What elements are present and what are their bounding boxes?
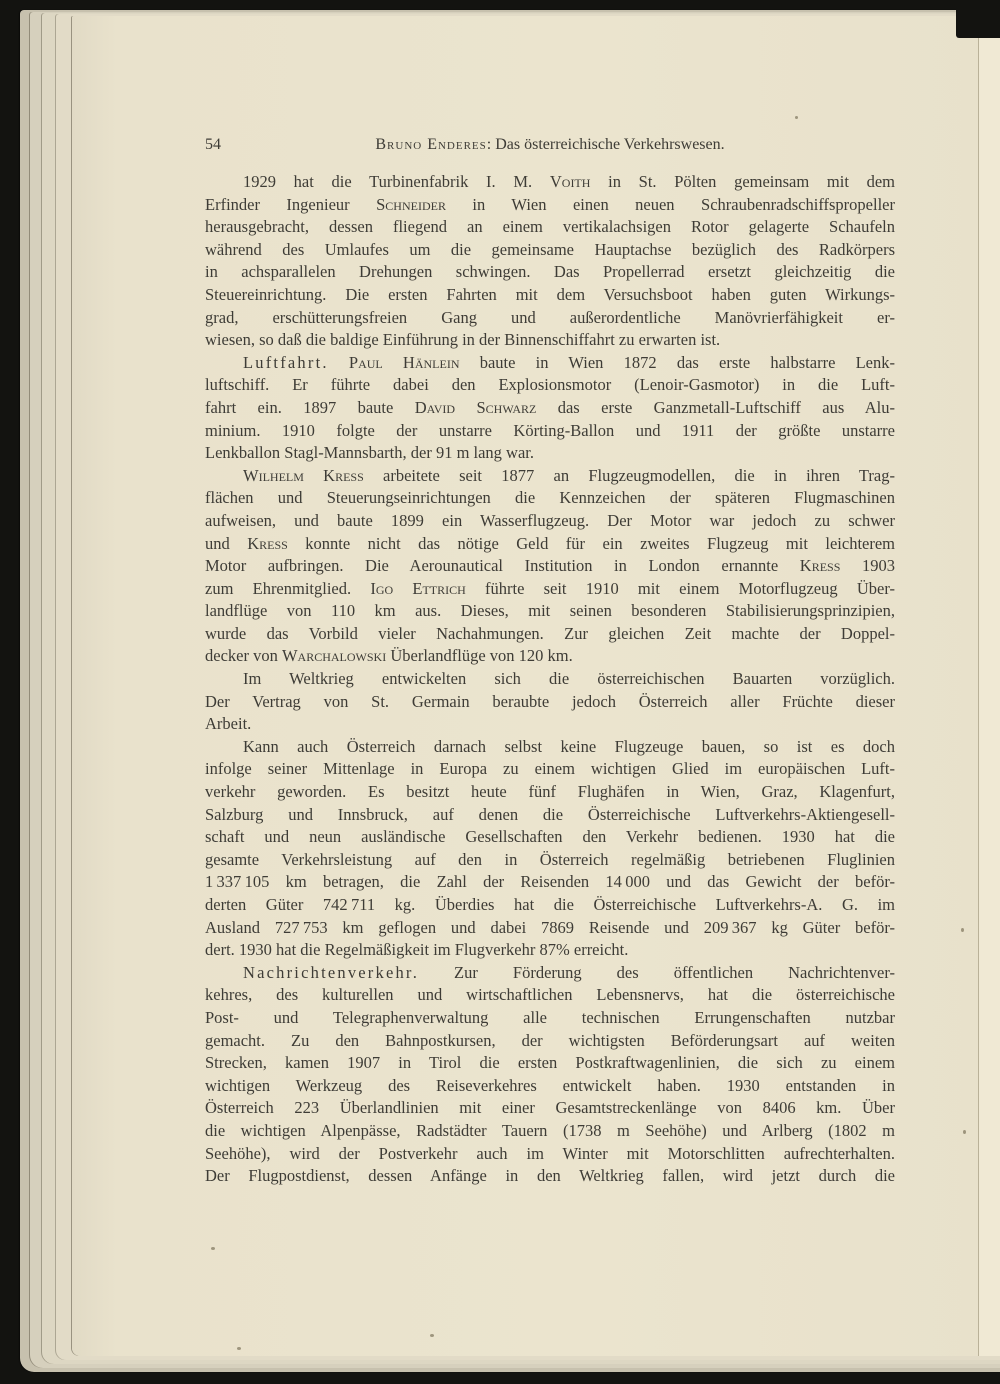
text-segment: baute in Wien 1872 das erste halbstarre … — [460, 353, 896, 372]
paragraph: Wilhelm Kress arbeitete seit 1877 an Flu… — [205, 465, 895, 668]
text-line: Im Weltkrieg entwickelten sich die öster… — [205, 668, 895, 691]
text-line: dert. 1930 hat die Regelmäßigkeit im Flu… — [205, 939, 895, 962]
text-line: gesamte Verkehrsleistung auf den in Öste… — [205, 849, 895, 872]
text-line: 1 337 105 km betragen, die Zahl der Reis… — [205, 871, 895, 894]
paragraph: Luftfahrt. Paul Hänlein baute in Wien 18… — [205, 352, 895, 465]
name-small-caps: Warchalowski — [282, 646, 386, 665]
text-segment: Kann auch Österreich darnach selbst kein… — [243, 737, 895, 756]
text-segment: wiesen, so daß die baldige Einführung in… — [205, 330, 720, 349]
text-line: wiesen, so daß die baldige Einführung in… — [205, 329, 895, 352]
text-line: schaft und neun ausländische Gesellschaf… — [205, 826, 895, 849]
text-segment: decker von — [205, 646, 282, 665]
text-line: Salzburg und Innsbruck, auf denen die Ös… — [205, 804, 895, 827]
running-header: Bruno Enderes: Das österreichische Verke… — [205, 136, 895, 154]
text-segment: wurde das Vorbild vieler Nachahmungen. Z… — [205, 624, 895, 643]
name-small-caps: Wilhelm Kress — [243, 466, 364, 485]
text-segment: Motor aufbringen. Die Aerounautical Inst… — [205, 556, 800, 575]
text-segment: kehres, des kulturellen und wirtschaftli… — [205, 985, 895, 1004]
name-small-caps: Kress — [800, 556, 841, 575]
binding-shadow — [956, 0, 1000, 38]
text-line: Post- und Telegraphenverwaltung alle tec… — [205, 1007, 895, 1030]
text-block: 1929 hat die Turbinenfabrik I. M. Voith … — [205, 171, 895, 1188]
text-segment: und — [205, 534, 247, 553]
text-segment: Der Vertrag von St. Germain beraubte jed… — [205, 692, 895, 711]
text-segment: : Das österreichische Verkehrswesen. — [487, 136, 725, 153]
text-line: Wilhelm Kress arbeitete seit 1877 an Flu… — [205, 465, 895, 488]
text-line: Nachrichtenverkehr. Zur Förderung des öf… — [205, 962, 895, 985]
text-line: minium. 1910 folgte der unstarre Körting… — [205, 420, 895, 443]
book-scan: 54 Bruno Enderes: Das österreichische Ve… — [0, 0, 1000, 1384]
text-line: landflüge von 110 km aus. Dieses, mit se… — [205, 600, 895, 623]
text-line: Kann auch Österreich darnach selbst kein… — [205, 736, 895, 759]
text-segment: Im Weltkrieg entwickelten sich die öster… — [243, 669, 895, 688]
text-segment: Überlandflüge von 120 km. — [386, 646, 573, 665]
text-line: Ausland 727 753 km geflogen und dabei 78… — [205, 917, 895, 940]
text-segment: infolge seiner Mittenlage in Europa zu e… — [205, 759, 895, 778]
text-segment: Salzburg und Innsbruck, auf denen die Ös… — [205, 805, 895, 824]
text-line: zum Ehrenmitglied. Igo Ettrich führte se… — [205, 578, 895, 601]
text-line: derten Güter 742 711 kg. Überdies hat di… — [205, 894, 895, 917]
text-line: Luftfahrt. Paul Hänlein baute in Wien 18… — [205, 352, 895, 375]
text-line: decker von Warchalowski Überlandflüge vo… — [205, 645, 895, 668]
spaced-heading: Nachrichtenverkehr. — [243, 963, 419, 982]
text-segment: flächen und Steuerungseinrichtungen die … — [205, 488, 895, 507]
text-line: flächen und Steuerungseinrichtungen die … — [205, 487, 895, 510]
text-line: verkehr geworden. Es besitzt heute fünf … — [205, 781, 895, 804]
text-segment: dert. 1930 hat die Regelmäßigkeit im Flu… — [205, 940, 628, 959]
text-segment: Lenkballon Stagl-Mannsbarth, der 91 m la… — [205, 443, 534, 462]
text-line: die wichtigen Alpenpässe, Radstädter Tau… — [205, 1120, 895, 1143]
text-segment: Arbeit. — [205, 714, 251, 733]
text-line: wichtigen Werkzeug des Reiseverkehres en… — [205, 1075, 895, 1098]
text-line: fahrt ein. 1897 baute David Schwarz das … — [205, 397, 895, 420]
text-line: Steuereinrichtung. Die ersten Fahrten mi… — [205, 284, 895, 307]
text-segment — [329, 353, 349, 372]
text-segment: Seehöhe), wird der Postverkehr auch im W… — [205, 1144, 895, 1163]
page-header: 54 Bruno Enderes: Das österreichische Ve… — [205, 136, 895, 158]
text-segment: Erfinder Ingenieur — [205, 195, 376, 214]
text-line: Seehöhe), wird der Postverkehr auch im W… — [205, 1143, 895, 1166]
text-line: gemacht. Zu den Bahnpostkursen, der wich… — [205, 1030, 895, 1053]
text-line: Lenkballon Stagl-Mannsbarth, der 91 m la… — [205, 442, 895, 465]
text-segment: in achsparallelen Drehungen schwingen. D… — [205, 262, 895, 281]
text-line: und Kress konnte nicht das nötige Geld f… — [205, 533, 895, 556]
paragraph: Nachrichtenverkehr. Zur Förderung des öf… — [205, 962, 895, 1188]
text-segment: gesamte Verkehrsleistung auf den in Öste… — [205, 850, 895, 869]
text-line: kehres, des kulturellen und wirtschaftli… — [205, 984, 895, 1007]
text-segment: grad, erschütterungsfreien Gang und auße… — [205, 308, 895, 327]
text-segment: Österreich 223 Überlandlinien mit einer … — [205, 1098, 895, 1117]
name-small-caps: Igo Ettrich — [370, 579, 465, 598]
text-line: in achsparallelen Drehungen schwingen. D… — [205, 261, 895, 284]
text-segment: fahrt ein. 1897 baute — [205, 398, 415, 417]
text-segment: 1 337 105 km betragen, die Zahl der Reis… — [205, 872, 895, 891]
text-segment: aufweisen, und baute 1899 ein Wasserflug… — [205, 511, 895, 530]
text-segment: in St. Pölten gemeinsam mit dem — [590, 172, 895, 191]
page-gutter — [978, 36, 1000, 1356]
text-line: Strecken, kamen 1907 in Tirol die ersten… — [205, 1052, 895, 1075]
name-small-caps: David Schwarz — [415, 398, 537, 417]
text-line: Österreich 223 Überlandlinien mit einer … — [205, 1097, 895, 1120]
text-segment: derten Güter 742 711 kg. Überdies hat di… — [205, 895, 895, 914]
text-line: Erfinder Ingenieur Schneider in Wien ein… — [205, 194, 895, 217]
text-segment: zum Ehrenmitglied. — [205, 579, 370, 598]
text-segment: konnte nicht das nötige Geld für ein zwe… — [288, 534, 895, 553]
text-segment: Steuereinrichtung. Die ersten Fahrten mi… — [205, 285, 895, 304]
text-segment: führte seit 1910 mit einem Motorflugzeug… — [466, 579, 895, 598]
text-segment: 1903 — [840, 556, 895, 575]
text-line: während des Umlaufes um die gemeinsame H… — [205, 239, 895, 262]
text-segment: luftschiff. Er führte dabei den Explosio… — [205, 375, 895, 394]
text-segment: Zur Förderung des öffentlichen Nachricht… — [419, 963, 895, 982]
text-segment: minium. 1910 folgte der unstarre Körting… — [205, 421, 895, 440]
text-segment: Der Flugpostdienst, dessen Anfänge in de… — [205, 1166, 895, 1185]
name-small-caps: Bruno Enderes — [375, 136, 486, 153]
text-line: 1929 hat die Turbinenfabrik I. M. Voith … — [205, 171, 895, 194]
text-line: herausgebracht, dessen fliegend an einem… — [205, 216, 895, 239]
spaced-heading: Luftfahrt. — [243, 353, 329, 372]
text-line: infolge seiner Mittenlage in Europa zu e… — [205, 758, 895, 781]
page-content: 54 Bruno Enderes: Das österreichische Ve… — [205, 136, 895, 1188]
text-segment: verkehr geworden. Es besitzt heute fünf … — [205, 782, 895, 801]
text-line: Motor aufbringen. Die Aerounautical Inst… — [205, 555, 895, 578]
text-segment: das erste Ganzmetall-Luftschiff aus Alu- — [536, 398, 895, 417]
text-segment: arbeitete seit 1877 an Flugzeugmodellen,… — [364, 466, 895, 485]
paragraph: Im Weltkrieg entwickelten sich die öster… — [205, 668, 895, 736]
name-small-caps: Kress — [247, 534, 288, 553]
text-segment: 1929 hat die Turbinenfabrik I. M. — [243, 172, 550, 191]
text-segment: gemacht. Zu den Bahnpostkursen, der wich… — [205, 1031, 895, 1050]
book-page: 54 Bruno Enderes: Das österreichische Ve… — [72, 16, 1000, 1356]
text-segment: während des Umlaufes um die gemeinsame H… — [205, 240, 895, 259]
text-segment: schaft und neun ausländische Gesellschaf… — [205, 827, 895, 846]
text-line: Arbeit. — [205, 713, 895, 736]
paragraph: Kann auch Österreich darnach selbst kein… — [205, 736, 895, 962]
name-small-caps: Schneider — [376, 195, 446, 214]
name-small-caps: Voith — [550, 172, 591, 191]
text-segment: Post- und Telegraphenverwaltung alle tec… — [205, 1008, 895, 1027]
text-segment: herausgebracht, dessen fliegend an einem… — [205, 217, 895, 236]
text-segment: Ausland 727 753 km geflogen und dabei 78… — [205, 918, 895, 937]
text-segment: in Wien einen neuen Schraubenradschiffsp… — [446, 195, 895, 214]
text-segment: landflüge von 110 km aus. Dieses, mit se… — [205, 601, 895, 620]
name-small-caps: Paul Hänlein — [349, 353, 460, 372]
paragraph: 1929 hat die Turbinenfabrik I. M. Voith … — [205, 171, 895, 352]
text-line: wurde das Vorbild vieler Nachahmungen. Z… — [205, 623, 895, 646]
text-line: Der Vertrag von St. Germain beraubte jed… — [205, 691, 895, 714]
text-segment: wichtigen Werkzeug des Reiseverkehres en… — [205, 1076, 895, 1095]
text-line: grad, erschütterungsfreien Gang und auße… — [205, 307, 895, 330]
text-line: luftschiff. Er führte dabei den Explosio… — [205, 374, 895, 397]
text-line: aufweisen, und baute 1899 ein Wasserflug… — [205, 510, 895, 533]
text-line: Der Flugpostdienst, dessen Anfänge in de… — [205, 1165, 895, 1188]
text-segment: Strecken, kamen 1907 in Tirol die ersten… — [205, 1053, 895, 1072]
text-segment: die wichtigen Alpenpässe, Radstädter Tau… — [205, 1121, 895, 1140]
